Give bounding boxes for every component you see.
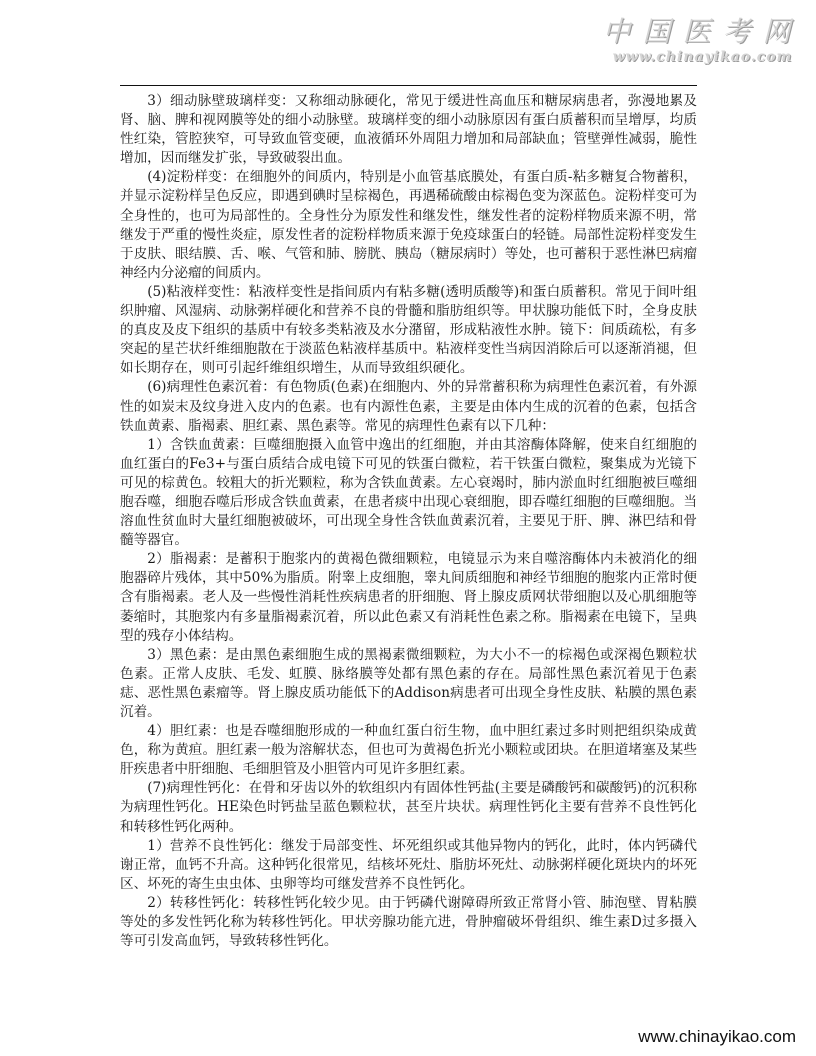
logo-title: 中国医考网	[600, 16, 805, 48]
paragraph-bilirubin: 4）胆红素：也是吞噬细胞形成的一种血红蛋白衍生物，血中胆红素过多时则把组织染成黄…	[120, 722, 697, 779]
paragraph-arteriole-hyaline: 3）细动脉壁玻璃样变：又称细动脉硬化，常见于缓进性高血压和糖尿病患者，弥漫地累及…	[120, 92, 697, 168]
logo-url: www.chinayikao.com	[600, 48, 805, 66]
paragraph-hemosiderin: 1）含铁血黄素：巨噬细胞摄入血管中逸出的红细胞，并由其溶酶体降解，使来自红细胞的…	[120, 436, 697, 551]
paragraph-amyloid: (4)淀粉样变：在细胞外的间质内，特别是小血管基底膜处，有蛋白质-粘多糖复合物蓄…	[120, 168, 697, 283]
paragraph-calcification: (7)病理性钙化：在骨和牙齿以外的软组织内有固体性钙盐(主要是磷酸钙和碳酸钙)的…	[120, 779, 697, 836]
paragraph-metastatic-calcification: 2）转移性钙化：转移性钙化较少见。由于钙磷代谢障碍所致正常肾小管、肺泡壁、胃粘膜…	[120, 894, 697, 951]
paragraph-pigmentation: (6)病理性色素沉着：有色物质(色素)在细胞内、外的异常蓄积称为病理性色素沉着，…	[120, 378, 697, 435]
paragraph-lipofuscin: 2）脂褐素：是蓄积于胞浆内的黄褐色微细颗粒，电镜显示为来自噬溶酶体内未被消化的细…	[120, 550, 697, 645]
paragraph-dystrophic-calcification: 1）营养不良性钙化：继发于局部变性、坏死组织或其他异物内的钙化，此时，体内钙磷代…	[120, 837, 697, 894]
site-logo: 中国医考网 www.chinayikao.com	[600, 16, 805, 66]
header-divider	[120, 85, 697, 86]
footer-url[interactable]: www.chinayikao.com	[600, 1027, 796, 1047]
paragraph-melanin: 3）黑色素：是由黑色素细胞生成的黑褐素微细颗粒，为大小不一的棕褐色或深褐色颗粒状…	[120, 646, 697, 722]
paragraph-mucoid: (5)粘液样变性：粘液样变性是指间质内有粘多糖(透明质酸等)和蛋白质蓄积。常见于…	[120, 283, 697, 378]
document-body: 3）细动脉壁玻璃样变：又称细动脉硬化，常见于缓进性高血压和糖尿病患者，弥漫地累及…	[120, 92, 697, 951]
